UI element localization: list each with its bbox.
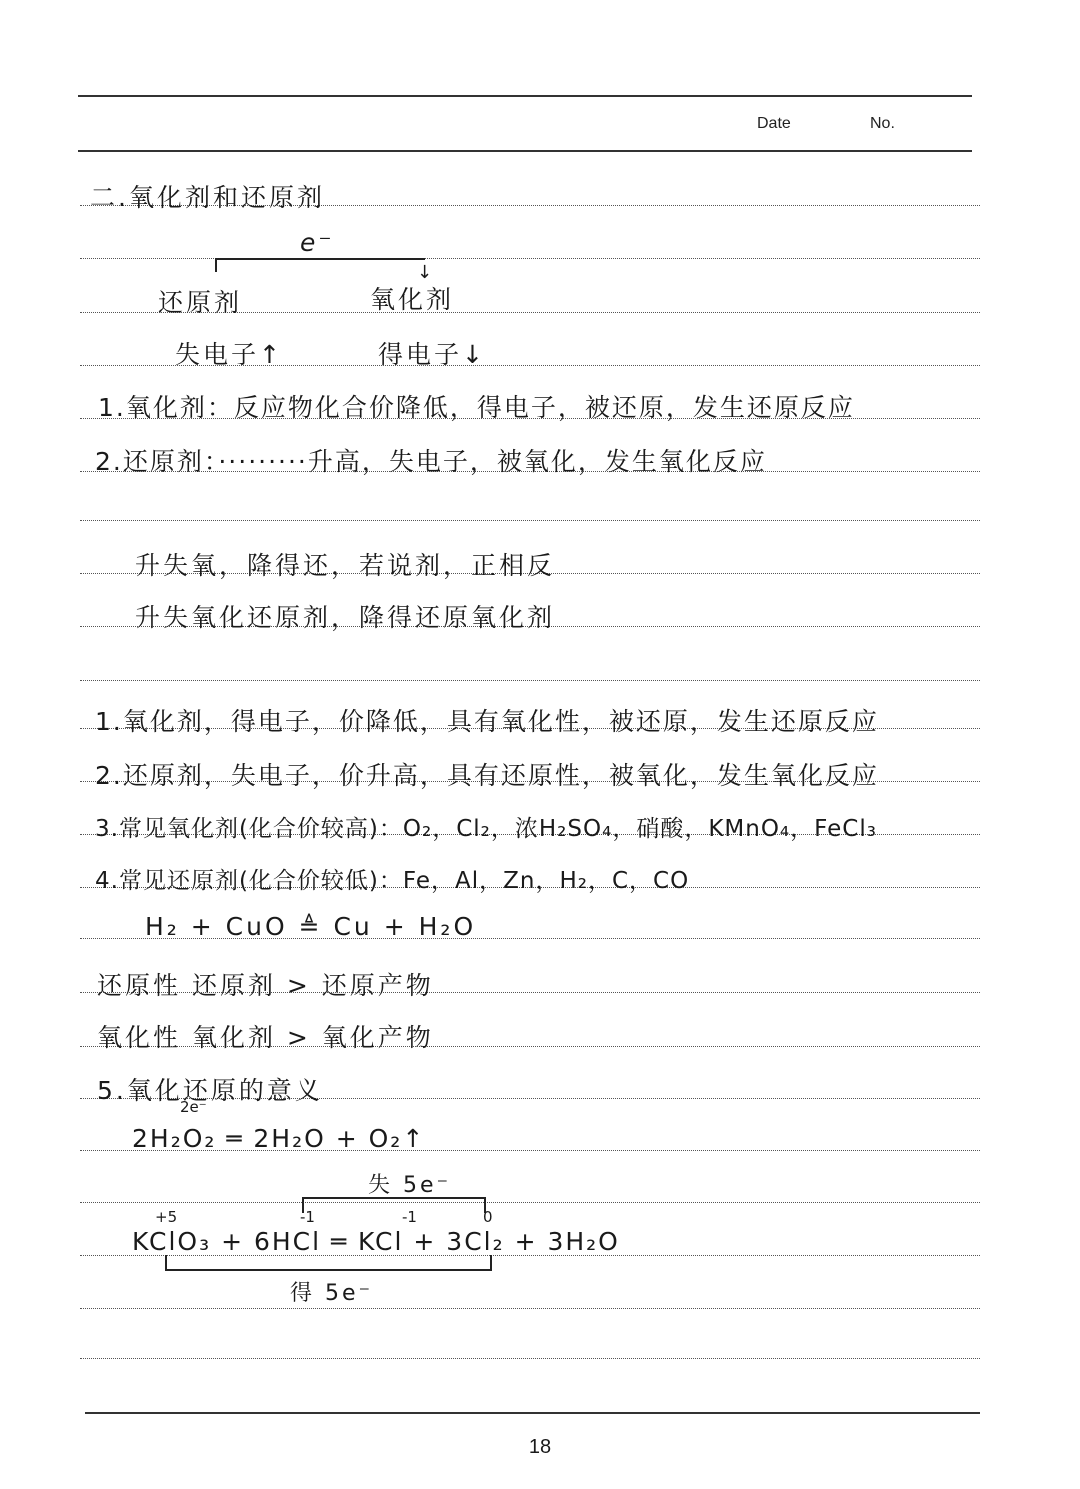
point-5-title: 5.氧化还原的意义 <box>97 1071 323 1107</box>
lose-electron-bracket <box>302 1197 486 1213</box>
point-line: 2.还原剂，失电子，价升高，具有还原性，被氧化，发生氧化反应 <box>95 756 879 792</box>
point-line: 4.常见还原剂(化合价较低)：Fe，Al，Zn，H₂，C，CO <box>95 862 689 895</box>
reducing-agent-label: 还原剂 <box>158 283 242 319</box>
eq2-electron-label: 2e⁻ <box>180 1098 207 1116</box>
ox-state-zero: 0 <box>483 1208 493 1226</box>
ox-state-minus1: -1 <box>402 1208 417 1226</box>
header-bottom-line <box>78 150 972 152</box>
point-line: 1.氧化剂，得电子，价降低，具有氧化性，被还原，发生还原反应 <box>95 702 879 738</box>
ox-state-plus5: +5 <box>155 1208 177 1226</box>
point-line: 3.常见氧化剂(化合价较高)：O₂，Cl₂，浓H₂SO₄，硝酸，KMnO₄，Fe… <box>95 810 877 843</box>
lose-electron-label: 失 5e⁻ <box>368 1168 451 1199</box>
gain-electron-bracket <box>165 1255 492 1271</box>
header-top-line <box>78 95 972 97</box>
definition-line: 1.氧化剂：反应物化合价降低，得电子，被还原，发生还原反应 <box>98 388 855 424</box>
footer-line <box>85 1412 980 1414</box>
equation-h2-cuo: H₂ + CuO ≜ Cu + H₂O <box>145 912 476 941</box>
mnemonic-line: 升失氧，降得还，若说剂，正相反 <box>135 546 555 582</box>
date-label: Date <box>757 115 791 133</box>
compare-line: 氧化性 氧化剂 > 氧化产物 <box>97 1018 434 1054</box>
oxidizing-agent-label: 氧化剂 <box>370 280 454 316</box>
section-title: 二.氧化剂和还原剂 <box>90 178 325 214</box>
ox-state-minus1: -1 <box>300 1208 315 1226</box>
mnemonic-line: 升失氧化还原剂，降得还原氧化剂 <box>135 598 555 634</box>
compare-line: 还原性 还原剂 > 还原产物 <box>97 966 434 1002</box>
definition-line: 2.还原剂：·········升高，失电子，被氧化，发生氧化反应 <box>95 442 767 478</box>
gain-electron-note: 得电子↓ <box>378 335 486 371</box>
equation-kclo3: KClO₃ + 6HCl ═ KCl + 3Cl₂ + 3H₂O <box>132 1227 620 1256</box>
electron-label: e⁻ <box>300 228 335 257</box>
gain-electron-label: 得 5e⁻ <box>290 1276 373 1307</box>
electron-transfer-bracket <box>215 258 425 272</box>
no-label: No. <box>870 115 895 133</box>
page-number: 18 <box>0 1436 1080 1459</box>
lose-electron-note: 失电子↑ <box>175 335 283 371</box>
equation-h2o2: 2H₂O₂ ═ 2H₂O + O₂↑ <box>132 1124 425 1153</box>
